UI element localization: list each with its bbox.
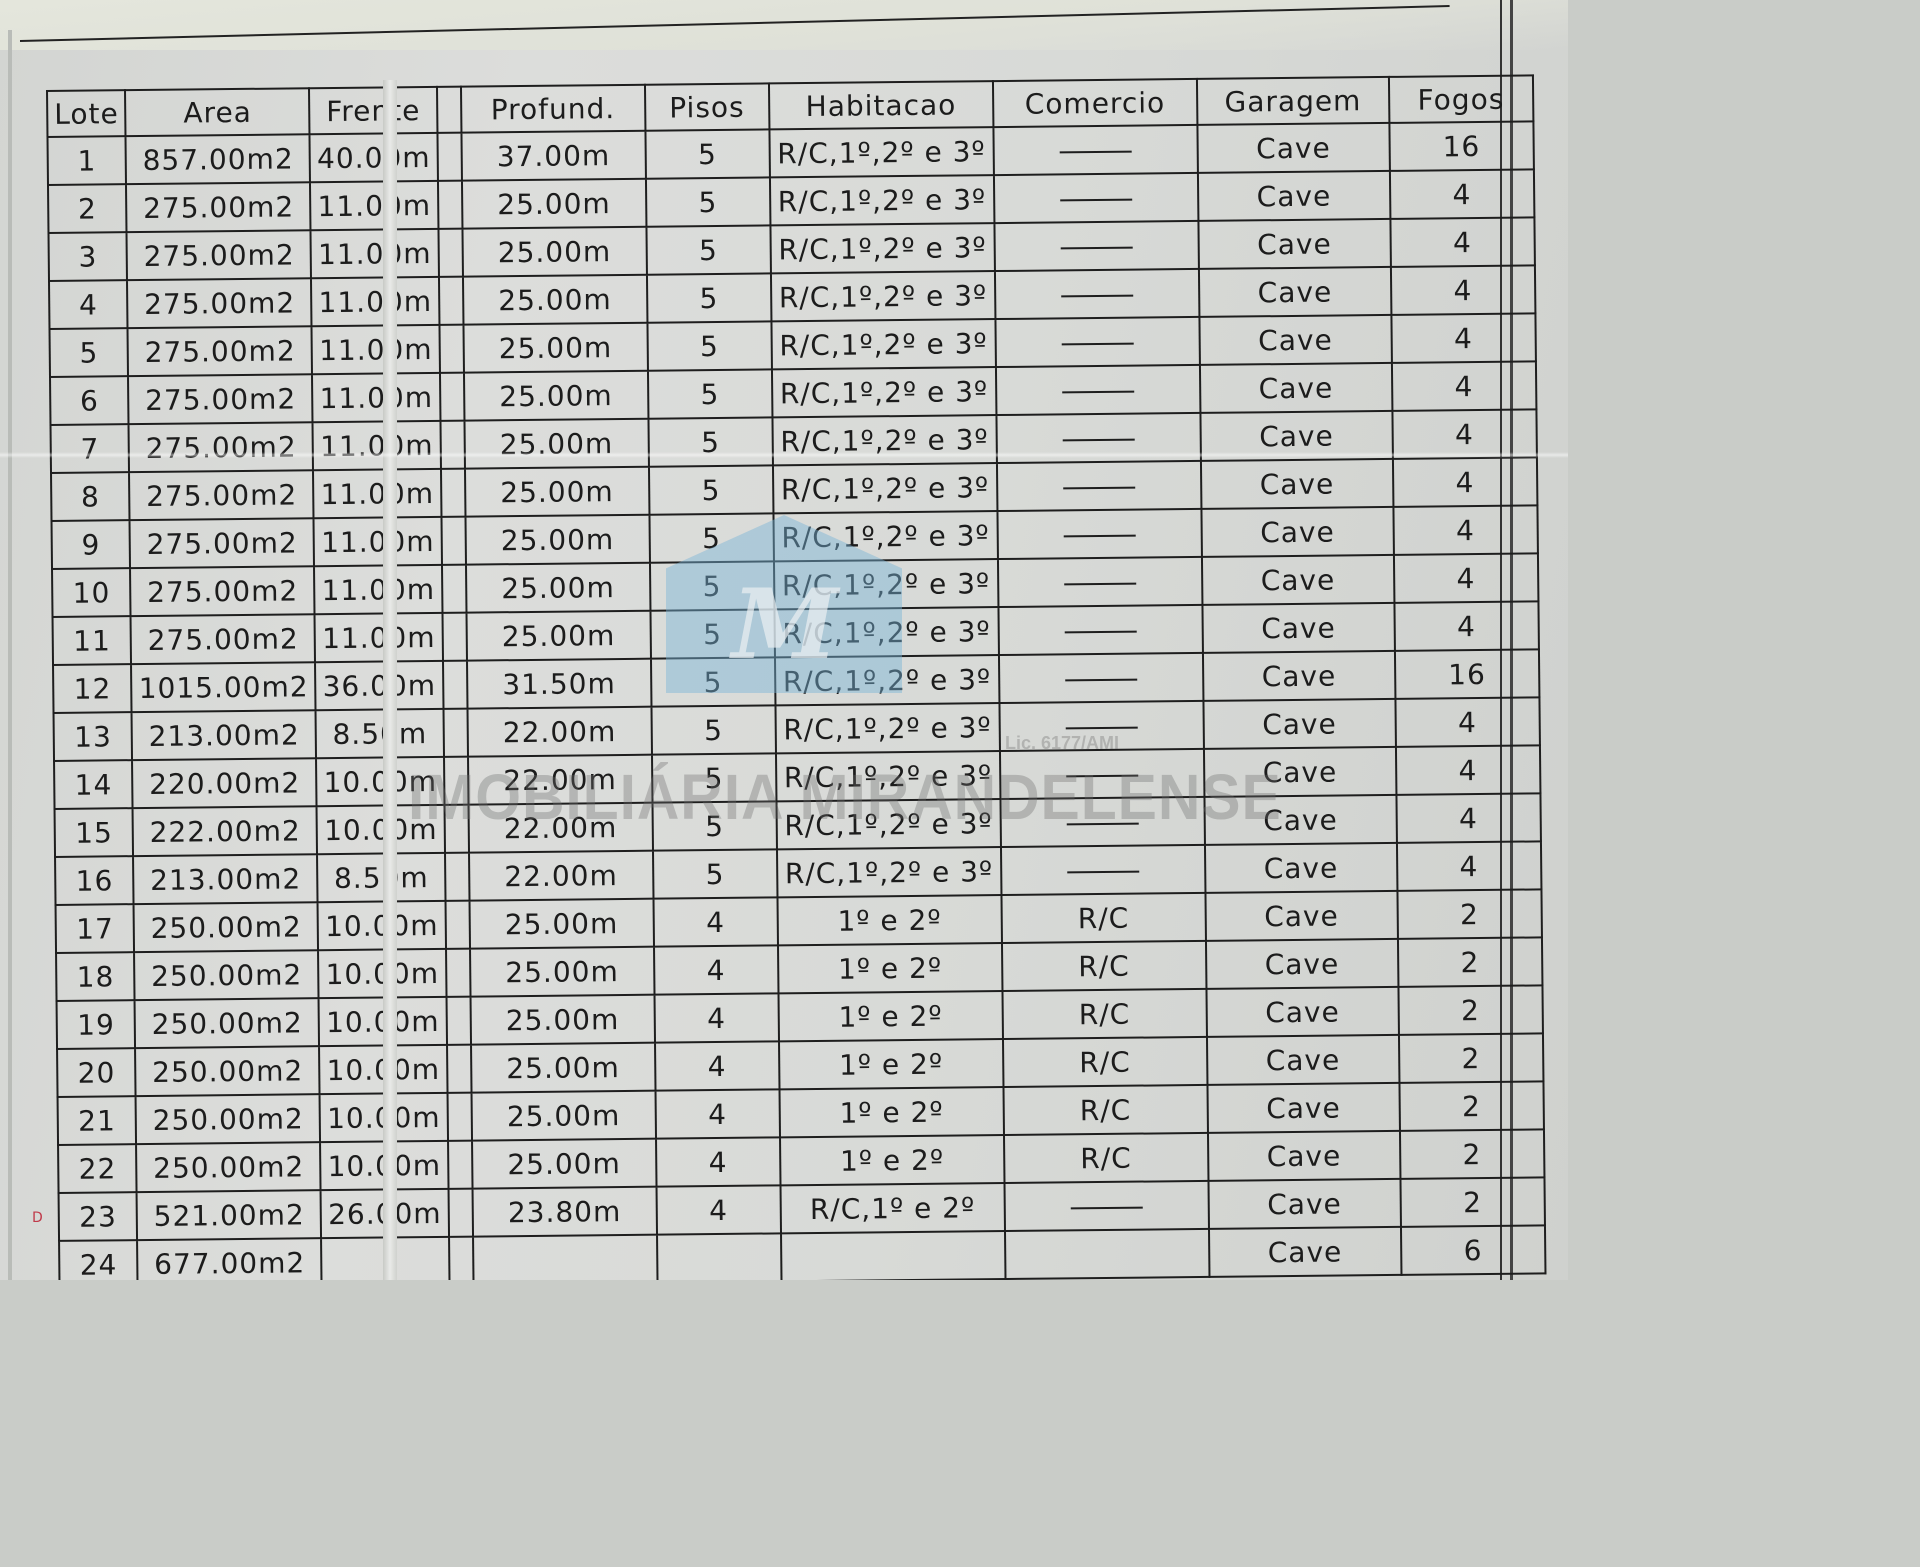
cell-lote: 5: [50, 328, 129, 377]
table-body: 1857.00m240.00m37.00m5R/C,1º,2º e 3ºCave…: [47, 121, 1545, 1280]
cell-fogos: 4: [1396, 793, 1540, 843]
cell-comercio: [998, 605, 1202, 655]
dash-none: [1063, 486, 1135, 489]
cell-comercio: R/C: [1003, 1037, 1207, 1087]
cell-habitacao: R/C,1º,2º e 3º: [775, 703, 999, 753]
col-header-lote: Lote: [47, 90, 126, 137]
fold-gap: [443, 709, 468, 757]
cell-comercio: [995, 269, 1199, 319]
cell-garagem: Cave: [1198, 219, 1390, 269]
cell-lote: 4: [49, 280, 128, 329]
cell-garagem: Cave: [1209, 1227, 1401, 1277]
cell-pisos: 5: [647, 321, 771, 370]
cell-area: 250.00m2: [135, 1046, 319, 1096]
cell-comercio: [1001, 845, 1205, 895]
cell-lote: 10: [52, 568, 131, 617]
dash-none: [1065, 678, 1137, 681]
cell-lote: 7: [51, 424, 130, 473]
cell-profund: 25.00m: [464, 371, 648, 421]
cell-lote: 23: [59, 1192, 138, 1241]
cell-garagem: Cave: [1205, 891, 1397, 941]
cell-garagem: Cave: [1203, 699, 1395, 749]
cell-habitacao: R/C,1º,2º e 3º: [770, 175, 994, 225]
cell-profund: 31.50m: [467, 659, 651, 709]
cell-lote: 6: [50, 376, 129, 425]
cell-habitacao: R/C,1º,2º e 3º: [773, 463, 997, 513]
dash-none: [1064, 582, 1136, 585]
watermark-brand: IMOBILIÁRIA MIRANDELENSE: [408, 760, 1107, 834]
cell-comercio: [994, 221, 1198, 271]
cell-garagem: Cave: [1205, 843, 1397, 893]
cell-area: 250.00m2: [135, 998, 319, 1048]
cell-pisos: 5: [648, 369, 772, 418]
cell-frente: 11.00m: [315, 613, 443, 662]
dash-none: [1062, 390, 1134, 393]
cell-frente: 11.00m: [312, 325, 440, 374]
cell-lote: 9: [52, 520, 131, 569]
cell-area: 222.00m2: [133, 806, 317, 856]
fold-gap: [438, 181, 463, 229]
cell-frente: 36.00m: [315, 661, 443, 710]
cell-profund: 25.00m: [466, 563, 650, 613]
cell-pisos: 4: [655, 1089, 779, 1138]
cell-pisos: 4: [656, 1137, 780, 1186]
cell-lote: 11: [53, 616, 132, 665]
cell-fogos: 4: [1394, 553, 1538, 603]
dash-none: [1062, 438, 1134, 441]
cell-pisos: 4: [654, 993, 778, 1042]
dash-none: [1061, 342, 1133, 345]
dash-none: [1071, 1206, 1143, 1209]
cell-garagem: Cave: [1203, 651, 1395, 701]
cell-pisos: 4: [654, 945, 778, 994]
cell-pisos: 4: [653, 897, 777, 946]
cell-fogos: 16: [1395, 649, 1539, 699]
cell-garagem: Cave: [1199, 315, 1391, 365]
cell-comercio: [1005, 1229, 1209, 1279]
paper-fold-left: [8, 30, 12, 1280]
cell-comercio: [994, 173, 1198, 223]
cell-frente: 11.00m: [311, 229, 439, 278]
cell-garagem: Cave: [1201, 459, 1393, 509]
cell-lote: 21: [58, 1096, 137, 1145]
fold-gap: [440, 373, 465, 421]
cell-profund: 25.00m: [465, 515, 649, 565]
cell-profund: 25.00m: [470, 947, 654, 997]
cell-fogos: 2: [1399, 1081, 1543, 1131]
fold-gap: [437, 133, 462, 181]
cell-comercio: R/C: [1002, 941, 1206, 991]
cell-garagem: Cave: [1207, 1035, 1399, 1085]
cell-area: 275.00m2: [129, 470, 313, 520]
fold-gap: [445, 901, 470, 949]
cell-fogos: 4: [1390, 217, 1534, 267]
col-header-fogos: Fogos: [1389, 75, 1533, 123]
cell-habitacao: R/C,1º,2º e 3º: [772, 367, 996, 417]
cell-garagem: Cave: [1200, 363, 1392, 413]
cell-area: 275.00m2: [128, 374, 312, 424]
cell-area: 220.00m2: [132, 758, 316, 808]
cell-fogos: 2: [1397, 889, 1541, 939]
cell-pisos: 5: [645, 129, 769, 178]
fold-gap: [439, 325, 464, 373]
cell-pisos: [657, 1233, 781, 1280]
cell-lote: 24: [59, 1240, 138, 1280]
cell-pisos: 5: [649, 465, 773, 514]
cell-lote: 8: [51, 472, 130, 521]
cell-profund: 25.00m: [466, 611, 650, 661]
cell-comercio: R/C: [1004, 1133, 1208, 1183]
cell-profund: 25.00m: [469, 899, 653, 949]
cell-habitacao: 1º e 2º: [778, 991, 1002, 1041]
cell-comercio: [996, 365, 1200, 415]
cell-fogos: 4: [1395, 697, 1539, 747]
cell-frente: 8.50m: [317, 853, 445, 902]
cell-garagem: Cave: [1197, 123, 1389, 173]
cell-fogos: 16: [1389, 121, 1533, 171]
fold-gap: [448, 1141, 473, 1189]
cell-fogos: 2: [1399, 1033, 1543, 1083]
cell-frente: 10.00m: [318, 901, 446, 950]
cell-frente: 11.00m: [311, 277, 439, 326]
cell-habitacao: 1º e 2º: [779, 1039, 1003, 1089]
cell-comercio: [993, 125, 1197, 175]
cell-fogos: 4: [1396, 745, 1540, 795]
col-header-garagem: Garagem: [1197, 77, 1389, 125]
paper-fold-vertical: [383, 80, 397, 1280]
cell-comercio: R/C: [1002, 989, 1206, 1039]
cell-lote: 3: [48, 232, 127, 281]
cell-profund: 25.00m: [462, 227, 646, 277]
cell-lote: 12: [53, 664, 132, 713]
cell-garagem: Cave: [1201, 507, 1393, 557]
dash-none: [1066, 726, 1138, 729]
cell-fogos: 4: [1391, 313, 1535, 363]
cell-profund: 23.80m: [472, 1187, 656, 1237]
cell-habitacao: R/C,1º,2º e 3º: [771, 271, 995, 321]
col-header-habitacao: Habitacao: [769, 81, 993, 129]
cell-area: 275.00m2: [129, 422, 313, 472]
cell-area: 1015.00m2: [131, 662, 315, 712]
cell-lote: 17: [56, 904, 135, 953]
cell-garagem: Cave: [1208, 1179, 1400, 1229]
fold-gap: [448, 1189, 473, 1237]
cell-habitacao: 1º e 2º: [778, 943, 1002, 993]
cell-area: 250.00m2: [134, 950, 318, 1000]
cell-pisos: 5: [653, 849, 777, 898]
cell-area: 857.00m2: [126, 134, 310, 184]
cell-profund: 25.00m: [463, 275, 647, 325]
fold-gap: [437, 87, 461, 133]
cell-habitacao: 1º e 2º: [779, 1087, 1003, 1137]
cell-habitacao: R/C,1º e 2º: [780, 1183, 1004, 1233]
fold-gap: [442, 613, 467, 661]
cell-area: 275.00m2: [130, 518, 314, 568]
cell-garagem: Cave: [1198, 171, 1390, 221]
dash-none: [1061, 294, 1133, 297]
cell-habitacao: R/C,1º,2º e 3º: [769, 127, 993, 177]
fold-gap: [447, 1045, 472, 1093]
cell-garagem: Cave: [1206, 987, 1398, 1037]
cell-fogos: 4: [1391, 265, 1535, 315]
fold-gap: [445, 853, 470, 901]
fold-gap: [449, 1237, 474, 1280]
fold-gap: [441, 469, 466, 517]
dash-none: [1065, 630, 1137, 633]
cell-frente: 11.00m: [314, 565, 442, 614]
cell-pisos: 5: [647, 273, 771, 322]
cell-area: 213.00m2: [133, 854, 317, 904]
cell-area: 677.00m2: [138, 1238, 322, 1280]
fold-gap: [443, 661, 468, 709]
dash-none: [1063, 534, 1135, 537]
cell-pisos: 5: [648, 417, 772, 466]
cell-comercio: [997, 461, 1201, 511]
col-header-frente: Frente: [309, 87, 437, 134]
cell-garagem: Cave: [1202, 555, 1394, 605]
fold-gap: [441, 517, 466, 565]
dash-none: [1067, 870, 1139, 873]
fold-gap: [446, 997, 471, 1045]
cell-habitacao: 1º e 2º: [777, 895, 1001, 945]
cell-lote: 19: [57, 1000, 136, 1049]
cell-frente: 11.00m: [312, 373, 440, 422]
cell-profund: 25.00m: [464, 419, 648, 469]
col-header-profund: Profund.: [461, 85, 645, 133]
cell-fogos: 4: [1393, 457, 1537, 507]
cell-frente: 11.00m: [314, 517, 442, 566]
cell-comercio: [995, 317, 1199, 367]
cell-pisos: 4: [655, 1041, 779, 1090]
col-header-comercio: Comercio: [993, 79, 1197, 127]
cell-comercio: [1004, 1181, 1208, 1231]
cell-lote: 18: [56, 952, 135, 1001]
cell-lote: 1: [47, 136, 126, 185]
fold-gap: [447, 1093, 472, 1141]
cell-frente: 11.00m: [313, 421, 441, 470]
fold-gap: [439, 277, 464, 325]
cell-area: 250.00m2: [136, 1094, 320, 1144]
cell-area: 275.00m2: [128, 326, 312, 376]
cell-fogos: 2: [1398, 985, 1542, 1035]
cell-pisos: 4: [656, 1185, 780, 1234]
cell-garagem: Cave: [1202, 603, 1394, 653]
cell-lote: 2: [48, 184, 127, 233]
cell-profund: 25.00m: [465, 467, 649, 517]
cell-profund: 25.00m: [462, 179, 646, 229]
watermark-logo-glyph: M: [700, 570, 870, 680]
cell-area: 521.00m2: [137, 1190, 321, 1240]
cell-comercio: R/C: [1001, 893, 1205, 943]
cell-fogos: 4: [1397, 841, 1541, 891]
cell-profund: 25.00m: [471, 1091, 655, 1141]
cell-profund: 37.00m: [461, 131, 645, 181]
cell-profund: 25.00m: [472, 1139, 656, 1189]
margin-mark: D: [32, 1210, 43, 1226]
cell-lote: 14: [54, 760, 133, 809]
cell-comercio: [999, 653, 1203, 703]
cell-area: 250.00m2: [134, 902, 318, 952]
cell-frente: 8.50m: [316, 709, 444, 758]
dash-none: [1060, 246, 1132, 249]
fold-gap: [442, 565, 467, 613]
cell-habitacao: R/C,1º,2º e 3º: [770, 223, 994, 273]
cell-lote: 22: [58, 1144, 137, 1193]
dash-none: [1059, 150, 1131, 153]
cell-fogos: 2: [1398, 937, 1542, 987]
cell-frente: 11.00m: [310, 181, 438, 230]
col-header-area: Area: [125, 88, 309, 136]
cell-profund: 25.00m: [471, 1043, 655, 1093]
cell-lote: 15: [55, 808, 134, 857]
cell-habitacao: R/C,1º,2º e 3º: [771, 319, 995, 369]
cell-garagem: Cave: [1206, 939, 1398, 989]
cell-garagem: Cave: [1207, 1083, 1399, 1133]
cell-lote: 16: [55, 856, 134, 905]
cell-area: 213.00m2: [132, 710, 316, 760]
cell-area: 275.00m2: [126, 182, 310, 232]
cell-area: 250.00m2: [136, 1142, 320, 1192]
cell-garagem: Cave: [1199, 267, 1391, 317]
cell-pisos: 5: [646, 177, 770, 226]
cell-habitacao: R/C,1º,2º e 3º: [777, 847, 1001, 897]
cell-profund: 22.00m: [467, 707, 651, 757]
cell-fogos: 4: [1390, 169, 1534, 219]
cell-profund: 25.00m: [470, 995, 654, 1045]
col-header-pisos: Pisos: [645, 83, 769, 130]
cell-habitacao: 1º e 2º: [780, 1135, 1004, 1185]
cell-comercio: [997, 509, 1201, 559]
watermark-license: Lic. 6177/AMI: [1005, 733, 1119, 754]
fold-gap: [438, 229, 463, 277]
cell-lote: 20: [57, 1048, 136, 1097]
cell-profund: [473, 1235, 657, 1280]
cell-profund: 25.00m: [463, 323, 647, 373]
cell-area: 275.00m2: [130, 566, 314, 616]
cell-area: 275.00m2: [127, 230, 311, 280]
cell-comercio: [998, 557, 1202, 607]
cell-profund: 22.00m: [469, 851, 653, 901]
cell-fogos: 4: [1393, 505, 1537, 555]
cell-fogos: 4: [1392, 361, 1536, 411]
cell-fogos: 6: [1401, 1225, 1545, 1275]
cell-fogos: 2: [1400, 1177, 1544, 1227]
cell-garagem: Cave: [1208, 1131, 1400, 1181]
dash-none: [1060, 198, 1132, 201]
fold-gap: [446, 949, 471, 997]
cell-frente: 40.00m: [310, 133, 438, 182]
cell-lote: 13: [54, 712, 133, 761]
cell-fogos: 2: [1400, 1129, 1544, 1179]
fold-gap: [440, 421, 465, 469]
cell-comercio: R/C: [1003, 1085, 1207, 1135]
cell-habitacao: [781, 1231, 1005, 1280]
paper-fold-horizontal: [0, 452, 1568, 458]
cell-frente: 11.00m: [313, 469, 441, 518]
cell-pisos: 5: [646, 225, 770, 274]
cell-area: 275.00m2: [127, 278, 311, 328]
cell-pisos: 5: [651, 705, 775, 754]
cell-area: 275.00m2: [131, 614, 315, 664]
cell-fogos: 4: [1394, 601, 1538, 651]
